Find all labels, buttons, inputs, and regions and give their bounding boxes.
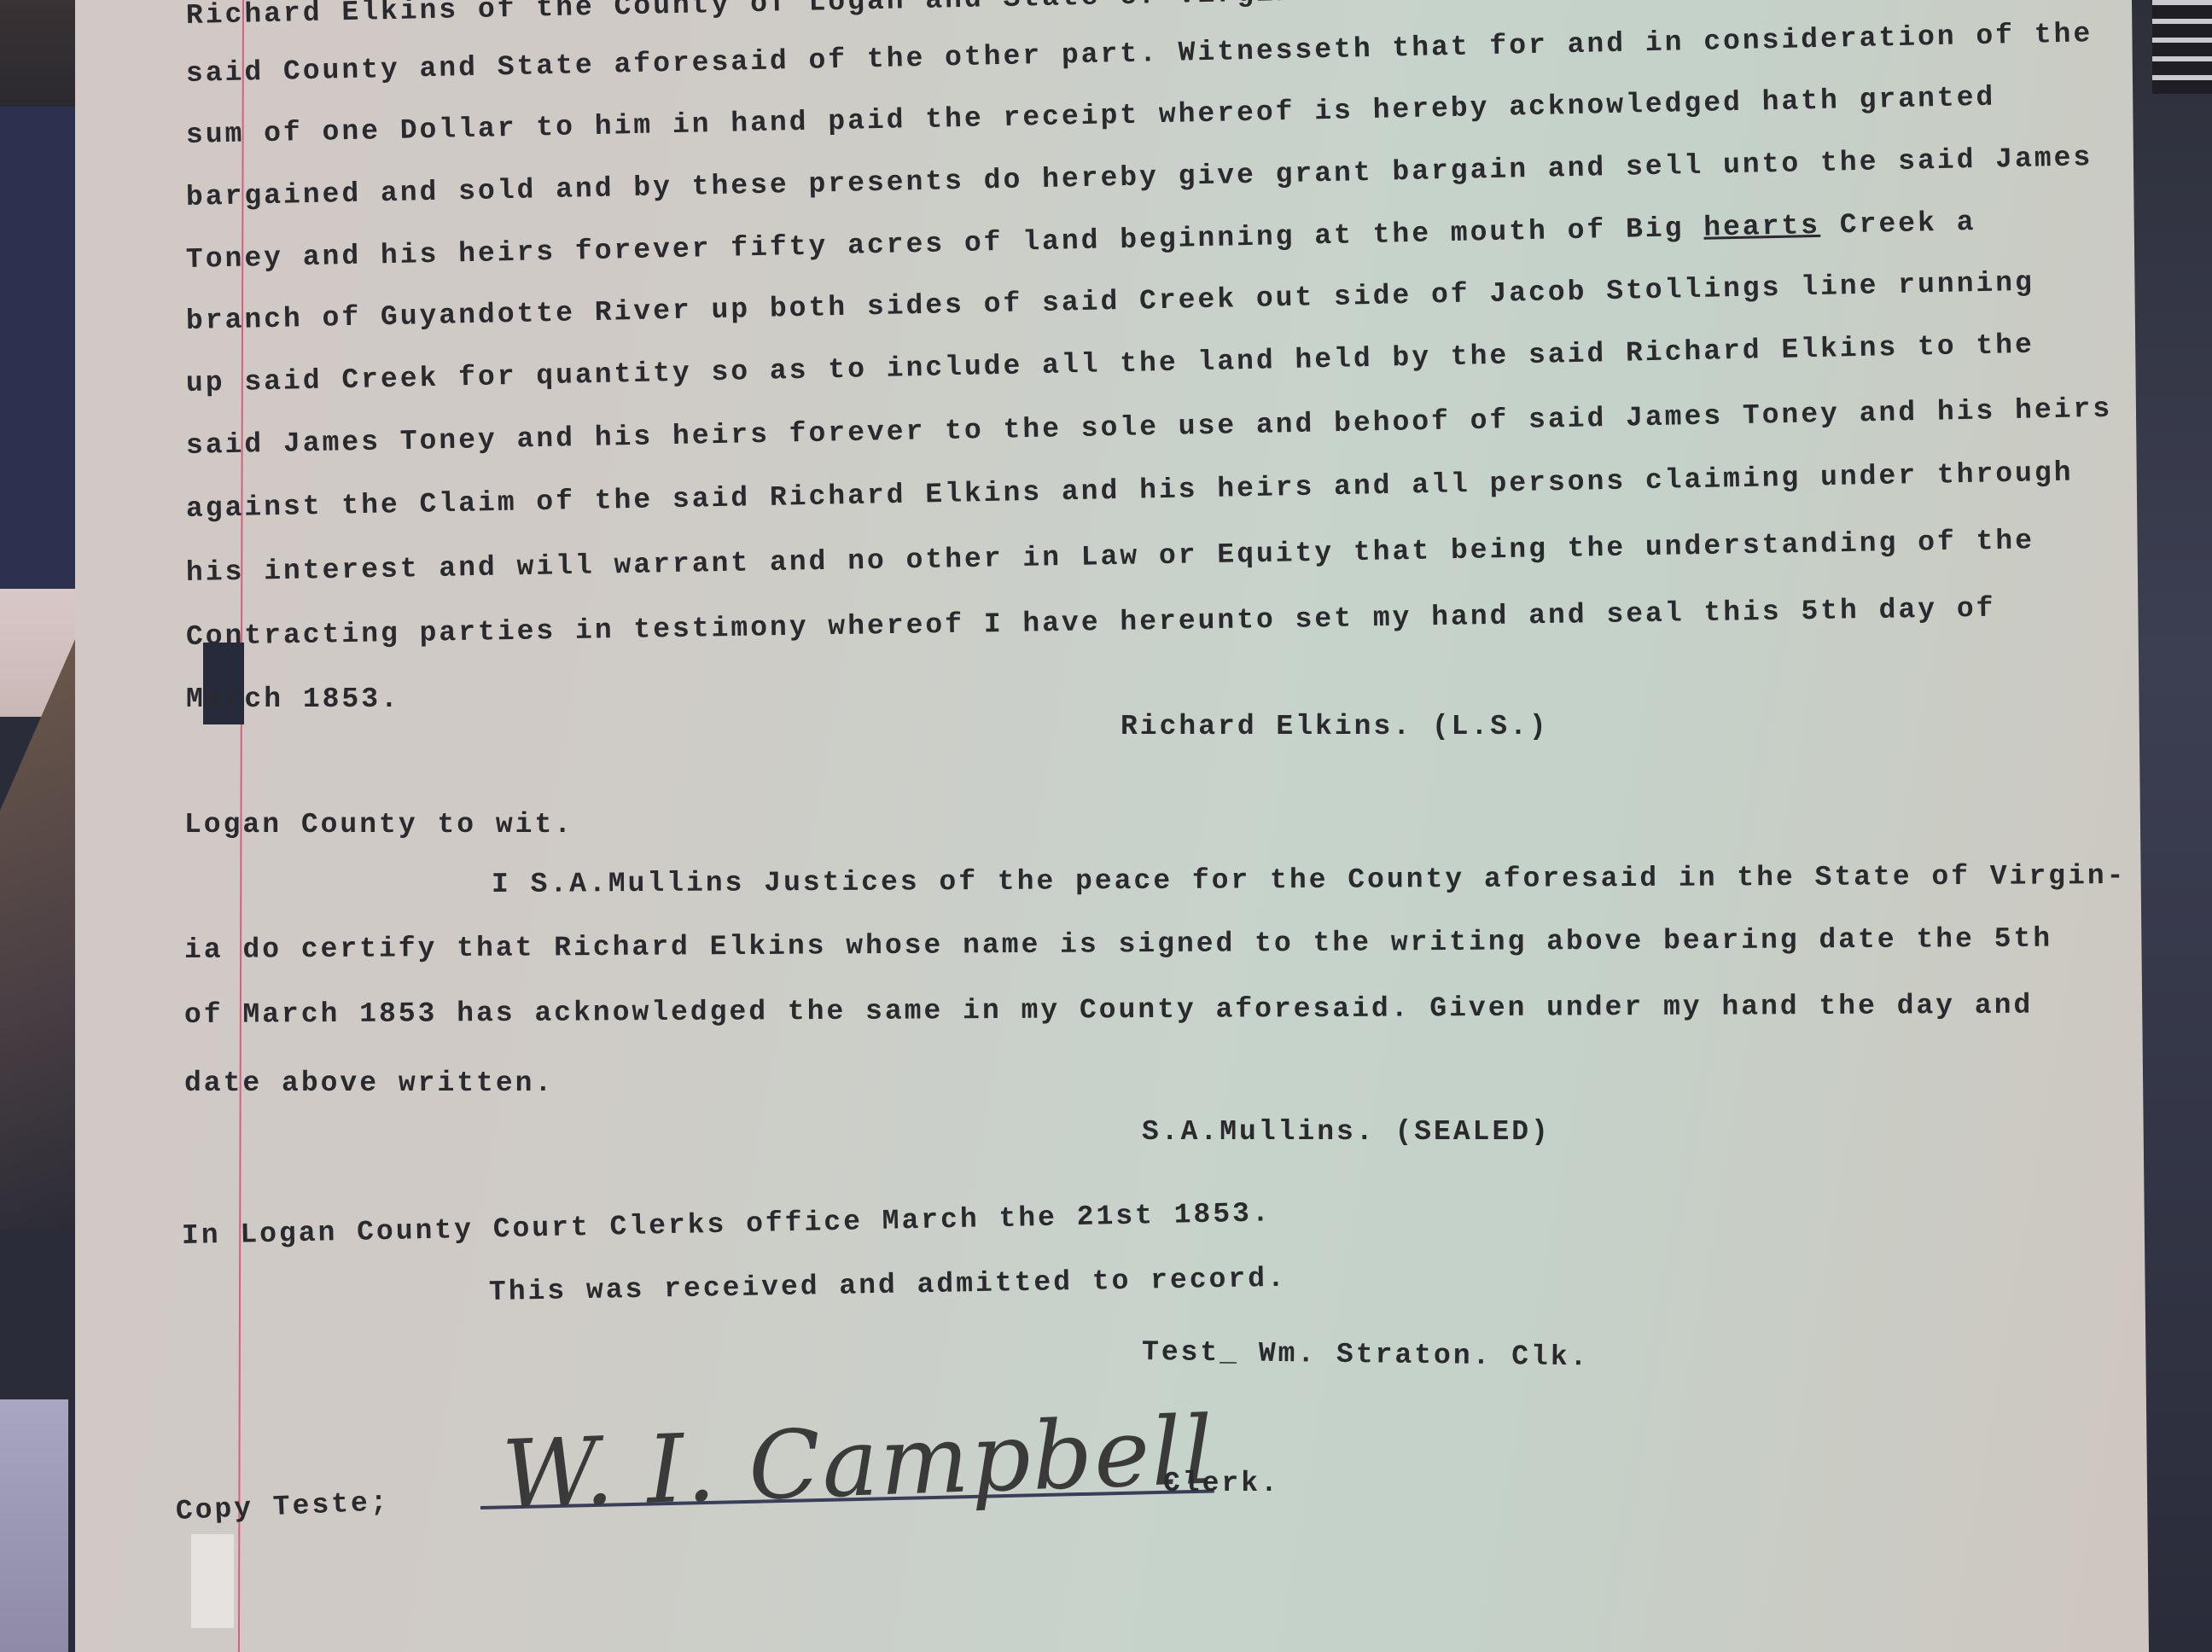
deed-line: sum of one Dollar to him in hand paid th… [186,84,1996,149]
deed-line: said James Toney and his heirs forever t… [186,395,2113,460]
handwritten-signature: W. I. Campbell [500,1395,1216,1529]
clerk-attestation: Test_ Wm. Straton. Clk. [1142,1338,1590,1371]
recording-line: This was received and admitted to record… [489,1265,1287,1306]
deed-line-text: Toney and his heirs forever fifty acres … [186,212,1704,276]
acknowledgment-line: ia do certify that Richard Elkins whose … [184,925,2052,964]
acknowledgment-heading: Logan County to wit. [184,811,573,839]
background-binder [0,107,84,636]
deed-line: March 1853. [186,685,400,713]
deed-line: said County and State aforesaid of the o… [186,20,2093,88]
acknowledgment-line: date above written. [184,1069,554,1097]
deed-line: bargained and sold and by these presents… [186,143,2093,212]
deed-line: Toney and his heirs forever fifty acres … [186,208,1976,274]
deed-line-text: Creek a [1820,206,1976,241]
deed-line: Richard Elkins of the County of Logan an… [186,0,1782,30]
background-binder-rings [2152,0,2212,94]
background-object [0,0,85,107]
justice-signature: S.A.Mullins. (SEALED) [1142,1118,1551,1146]
deed-line: his interest and will warrant and no oth… [186,526,2035,587]
deed-line: against the Claim of the said Richard El… [186,459,2074,523]
background-shadow [0,631,79,1229]
acknowledgment-line: of March 1853 has acknowledged the same … [184,992,2033,1029]
background-surface [0,1399,68,1652]
deed-line: up said Creek for quantity so as to incl… [186,331,2035,398]
deed-line: branch of Guyandotte River up both sides… [186,269,2035,335]
acknowledgment-line: I S.A.Mullins Justices of the peace for … [492,862,2127,899]
deed-line: Contracting parties in testimony whereof… [186,595,1996,651]
underlined-word: hearts [1703,210,1821,244]
clerk-title: Clerk. [1163,1469,1280,1498]
grantor-signature: Richard Elkins. (L.S.) [1121,713,1549,741]
recording-line: In Logan County Court Clerks office Marc… [182,1199,1272,1250]
tape-patch [191,1534,234,1628]
document-page: Richard Elkins of the County of Logan an… [75,0,2149,1652]
copy-teste-label: Copy Teste; [175,1488,390,1526]
